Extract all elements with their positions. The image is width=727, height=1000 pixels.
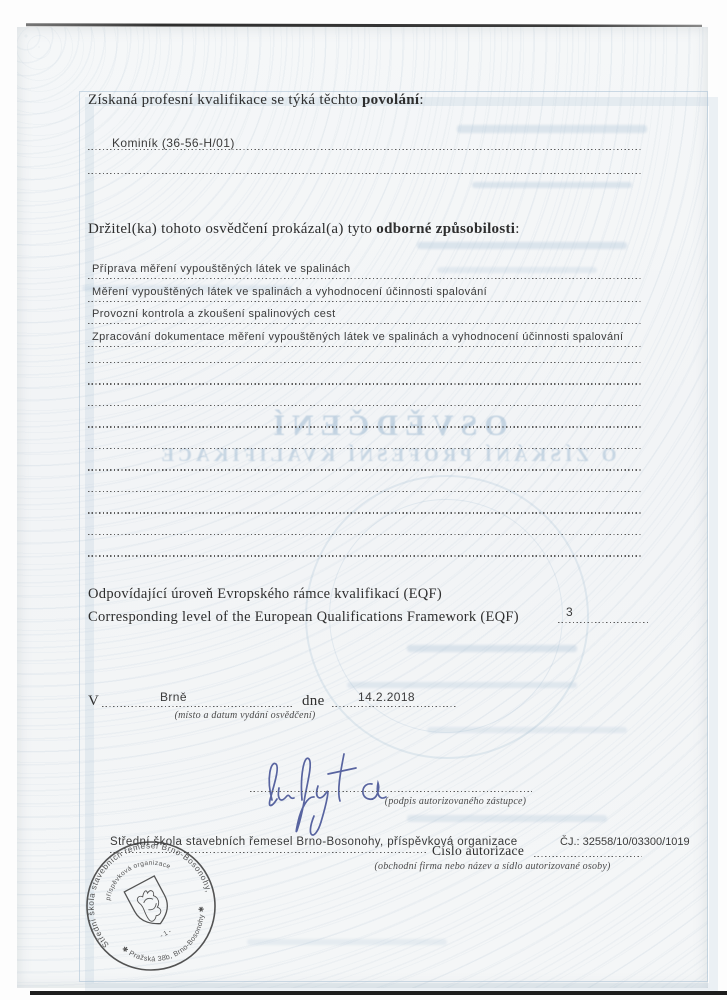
auth-number-label: Číslo autorizace (432, 843, 524, 859)
date-line (332, 706, 458, 707)
empty-line (88, 448, 642, 449)
occupations-heading: Získaná profesní kvalifikace se týká těc… (88, 92, 424, 109)
date-value: 14.2.2018 (358, 690, 415, 704)
eqf-level-value: 3 (566, 605, 573, 619)
empty-line (88, 555, 642, 556)
competences-heading-suffix: : (515, 221, 519, 237)
bleedthrough-text (437, 267, 597, 273)
empty-line (88, 491, 642, 492)
competences-heading-bold: odborné způsobilosti (376, 221, 515, 237)
competence-line (88, 301, 642, 302)
empty-line (88, 405, 642, 406)
bleedthrough-text (247, 939, 447, 945)
bleedthrough-text (347, 682, 577, 688)
occupation-value: Kominík (36-56-H/01) (112, 136, 235, 150)
bleedthrough-text (407, 645, 577, 652)
empty-line (88, 512, 642, 513)
place-prefix: V (88, 693, 99, 710)
competence-item: Provozní kontrola a zkoušení spalinových… (92, 308, 336, 320)
empty-competence-lines (88, 362, 642, 557)
place-line (102, 706, 292, 707)
place-value: Brně (160, 690, 187, 704)
bleedthrough-text (427, 727, 627, 733)
bleedthrough-text (407, 815, 607, 822)
organization-caption: (obchodní firma nebo název a sídlo autor… (335, 861, 650, 872)
competences-heading: Držitel(ka) tohoto osvědčení prokázal(a)… (88, 221, 520, 238)
occupations-heading-prefix: Získaná profesní kvalifikace se týká těc… (88, 92, 362, 108)
signature-caption: (podpis autorizovaného zástupce) (368, 796, 543, 807)
occupation-line-empty (88, 173, 642, 174)
place-date-caption: (místo a datum vydání osvědčení) (130, 710, 360, 721)
empty-line (88, 469, 642, 470)
competence-item: Příprava měření vypouštěných látek ve sp… (92, 263, 350, 275)
empty-line (88, 534, 642, 535)
svg-text:příspěvková organizace: příspěvková organizace (96, 847, 174, 903)
competences-heading-prefix: Držitel(ka) tohoto osvědčení prokázal(a)… (88, 221, 376, 237)
eqf-line-en: Corresponding level of the European Qual… (88, 609, 519, 626)
competence-line (88, 346, 642, 347)
bleedthrough-text (472, 182, 632, 188)
scan-paper-bottom-edge (30, 991, 727, 995)
eqf-line-cs: Odpovídající úroveň Evropského rámce kva… (88, 586, 442, 603)
stamp-ring-inner-text: příspěvková organizace (96, 847, 174, 903)
occupation-line (88, 149, 642, 150)
eqf-level-line (558, 622, 648, 623)
empty-line (88, 383, 642, 384)
stamp-coat-of-arms (124, 876, 175, 932)
bleedthrough-text (457, 125, 647, 133)
empty-line (88, 426, 642, 427)
competence-line (88, 278, 642, 279)
auth-number-line (534, 856, 642, 857)
stamp-center-mark: - 1 - (159, 928, 172, 940)
empty-line (88, 362, 642, 363)
ref-number: ČJ.: 32558/10/03300/1019 (560, 836, 690, 848)
occupations-heading-bold: povolání (362, 92, 419, 108)
competence-item: Měření vypouštěných látek ve spalinách a… (92, 286, 487, 298)
competence-line (88, 323, 642, 324)
date-label: dne (302, 693, 325, 710)
occupations-heading-suffix: : (419, 92, 423, 108)
competence-item: Zpracování dokumentace měření vypouštěný… (92, 331, 623, 343)
signature-line (250, 791, 532, 792)
bleedthrough-text (417, 242, 627, 249)
